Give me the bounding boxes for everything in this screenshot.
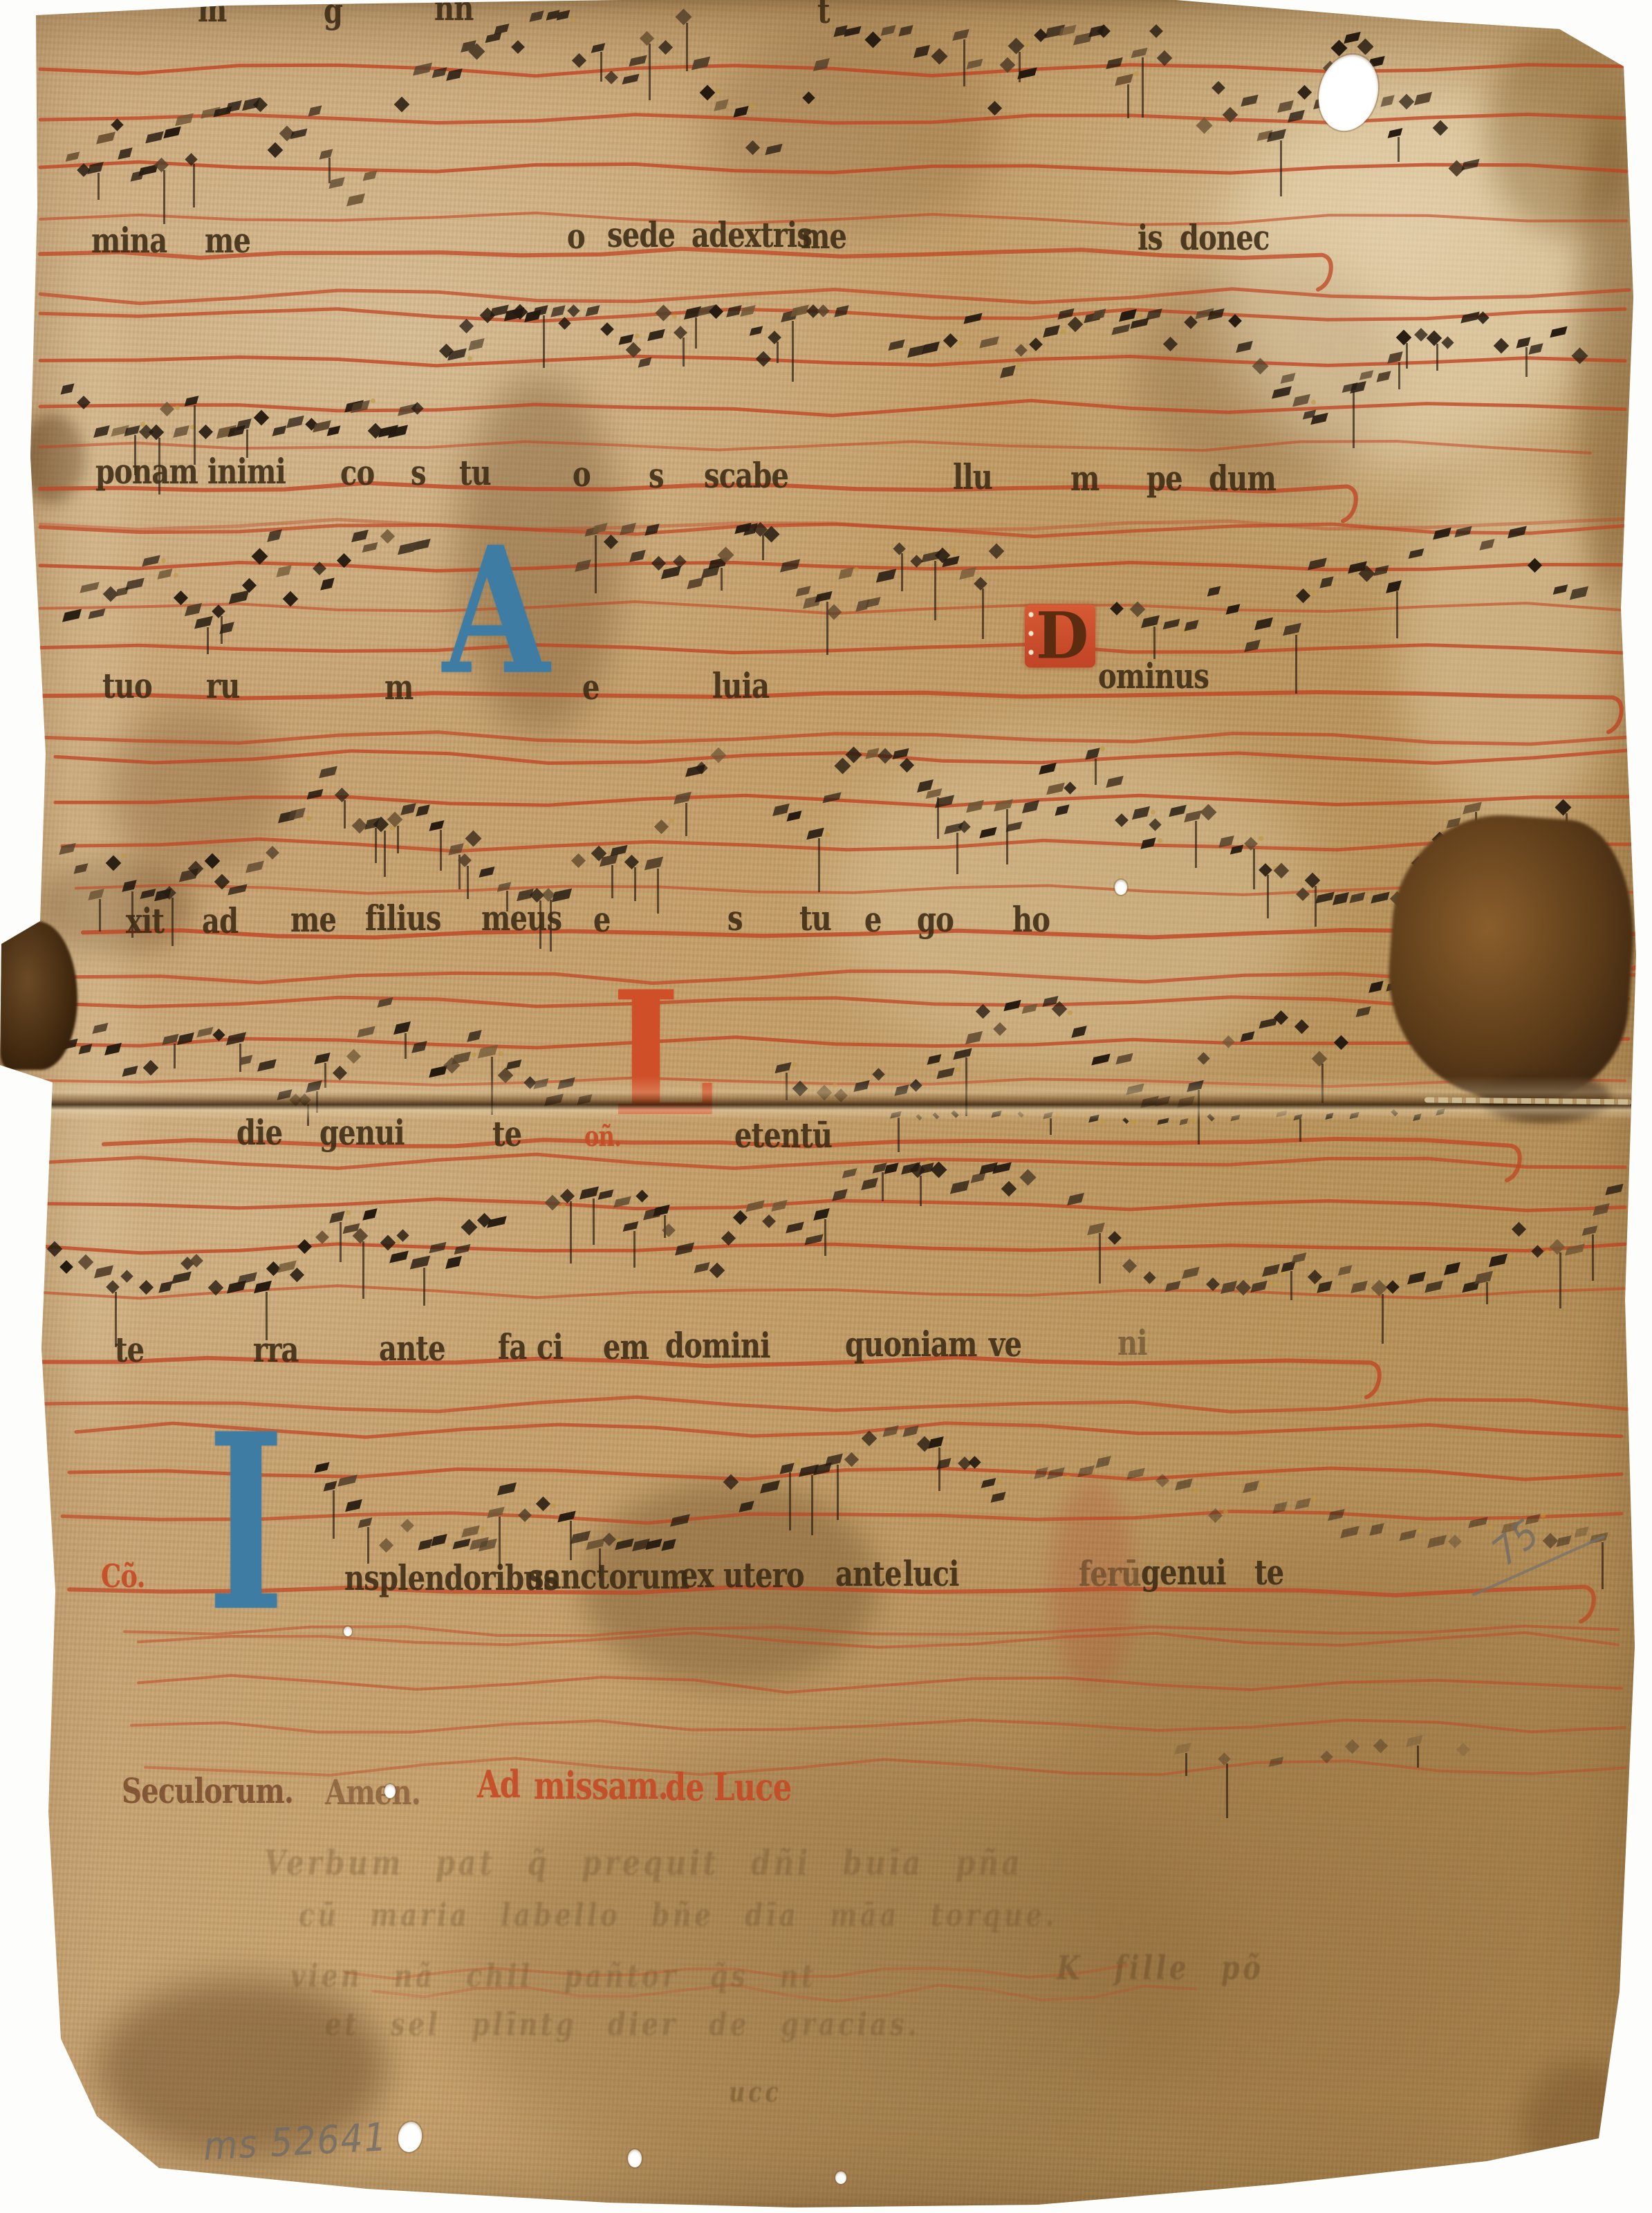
lyric-word: etentū [734, 1115, 832, 1156]
lyric-word: e [864, 899, 882, 940]
rubric-text: de [665, 1765, 704, 1809]
lyric-word: e [582, 667, 600, 707]
lyric-word: tu [459, 452, 491, 493]
lyric-word: sede [607, 214, 675, 255]
rubric-text: Cõ. [101, 1557, 145, 1595]
lyric-word: me [801, 216, 846, 257]
lyric-word: te [492, 1113, 521, 1154]
lyric-word: utero [723, 1555, 804, 1595]
lyric-word: mina [91, 220, 167, 261]
lyric-word: quoniam [845, 1324, 977, 1364]
lyric-word: luia [712, 665, 769, 706]
lyric-word: nsplendoribus [344, 1557, 558, 1598]
rubric-text: missam. [534, 1763, 668, 1808]
lyric-word: s [727, 898, 743, 938]
lyric-word: ex [680, 1555, 714, 1595]
lyric-word: scabe [704, 455, 788, 496]
parchment-hole [384, 1784, 396, 1798]
parchment-hole [835, 2172, 846, 2184]
pencil-inscription: ms 52641 [203, 2115, 389, 2169]
decorated-initial-I: I [207, 1415, 284, 1633]
rubric-text: Amen. [325, 1772, 420, 1813]
lyric-word: sanctorum [528, 1556, 689, 1597]
lyric-word: domini [665, 1325, 770, 1366]
ghost-text: cū maria labello bñe dīa māa torque. [299, 1896, 1057, 1934]
lyric-word: nn [434, 0, 474, 28]
lyric-word: ve [989, 1324, 1021, 1364]
lyric-word: xit [126, 900, 164, 941]
lyric-word: ominus [1098, 656, 1209, 696]
lyric-word: ci [537, 1326, 563, 1367]
lyric-word: fa [498, 1326, 527, 1367]
ghost-text: Verbum pat q̃ prequit dñi buīa pña [264, 1842, 1023, 1883]
parchment-hole [628, 2149, 642, 2167]
lyric-word: m [384, 667, 414, 707]
parchment-hole [344, 1627, 352, 1636]
lyric-word: tuo [102, 665, 152, 706]
parchment-hole [1115, 880, 1127, 895]
lyric-word: m [198, 0, 227, 30]
lyric-word: donec [1180, 217, 1270, 258]
lyric-word: ni [1117, 1322, 1147, 1363]
ghost-text: ucc [729, 2076, 782, 2109]
lyric-word: genui [319, 1112, 405, 1153]
lyric-word: is [1138, 217, 1162, 258]
lyric-word: s [649, 455, 664, 496]
lyric-word: filius [365, 898, 441, 938]
lyric-word: ru [206, 665, 240, 706]
lyric-word: ad [202, 900, 238, 941]
ghost-text: vien nã chil pañtor q̃s nt [290, 1957, 817, 1994]
lyric-word: s [411, 452, 426, 493]
lyric-word: die [236, 1112, 282, 1153]
lyric-word: te [1254, 1552, 1283, 1593]
lyric-word: ante [835, 1553, 902, 1594]
rubric-text: Ad [477, 1762, 520, 1806]
text-layer: mgnntminameosedeadextrismeisdonecponamin… [0, 0, 1652, 2213]
decorated-initial-A: A [443, 533, 550, 689]
lyric-word: pe [1147, 458, 1182, 499]
lyric-word: adextris [692, 214, 812, 255]
lyric-word: llu [953, 456, 992, 497]
lyric-word: dum [1209, 458, 1276, 499]
lyric-word: genui [1141, 1552, 1226, 1593]
lyric-word: o [567, 216, 585, 257]
lyric-word: go [917, 899, 954, 940]
lyric-word: inimi [207, 451, 286, 492]
lyric-word: t [817, 0, 830, 31]
lyric-word: ho [1012, 899, 1050, 940]
lyric-word: e [593, 899, 611, 940]
lyric-word: ponam [95, 451, 198, 492]
lyric-word: luci [903, 1553, 959, 1594]
rubric-text: Seculorum. [122, 1770, 293, 1811]
lyric-word: te [115, 1329, 144, 1370]
lyric-word: meus [481, 898, 562, 938]
scan-background: mgnntminameosedeadextrismeisdonecponamin… [0, 0, 1652, 2213]
rubric-text: Luce [714, 1765, 791, 1809]
lyric-word: tu [799, 898, 831, 938]
lyric-word: me [290, 899, 336, 940]
lyric-word: rra [253, 1329, 299, 1370]
lyric-word: em [603, 1326, 649, 1367]
lyric-word: co [340, 452, 374, 493]
decorated-initial-D: D [1025, 604, 1095, 668]
lyric-word: m [1070, 458, 1099, 499]
ghost-text: K fille põ [1057, 1949, 1264, 1988]
parchment-leaf: mgnntminameosedeadextrismeisdonecponamin… [0, 0, 1652, 2213]
lyric-word: ferū [1079, 1553, 1141, 1594]
lyric-word: me [205, 220, 250, 261]
lyric-word: o [573, 454, 591, 494]
lyric-word: g [324, 0, 342, 31]
decorated-initial-L: L [611, 978, 715, 1132]
ghost-text: et sel plīntg dier de gracias. [325, 2006, 920, 2043]
lyric-word: ante [379, 1328, 445, 1369]
